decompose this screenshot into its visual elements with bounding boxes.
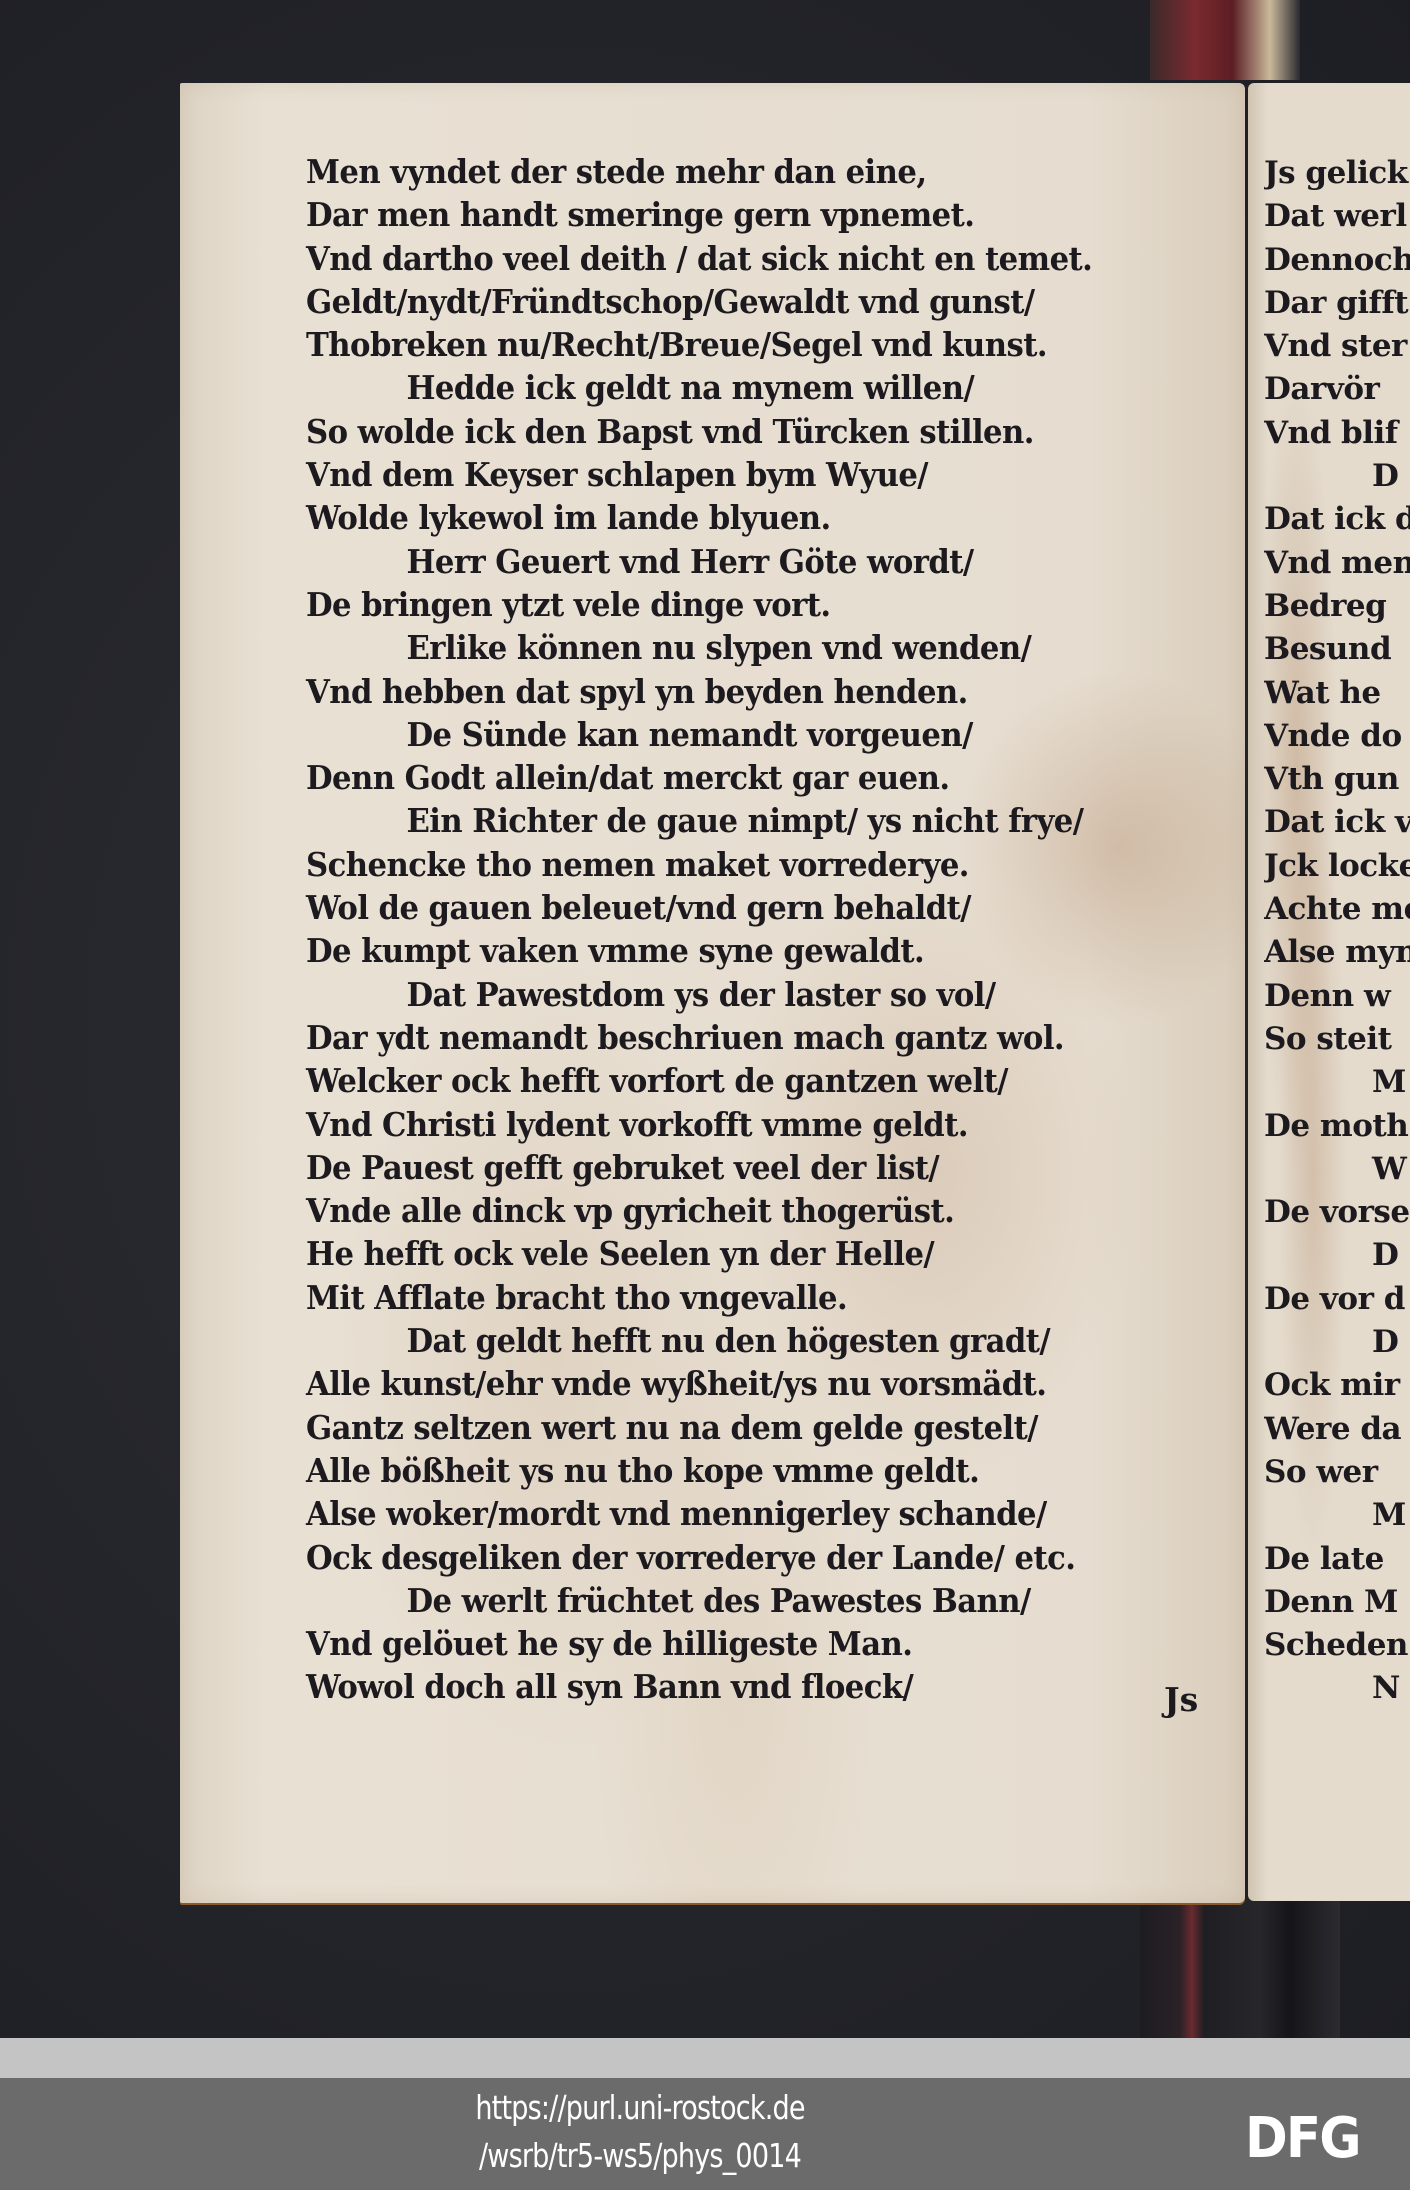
verse-line: So wer [1264, 1451, 1410, 1494]
verse-line: W [1264, 1148, 1410, 1191]
verse-line: De late [1264, 1538, 1410, 1581]
verse-line: Dar ydt nemandt beschriuen mach gantz wo… [306, 1016, 1143, 1059]
verse-line: Wolde lykewol im lande blyuen. [306, 496, 1143, 539]
verse-line: M [1264, 1061, 1410, 1104]
verse-line: Vnd blif [1264, 412, 1410, 455]
verse-line: Dat ick v [1264, 801, 1410, 844]
verse-line: Vnde do [1264, 715, 1410, 758]
verse-line: He hefft ock vele Seelen yn der Helle/ [306, 1232, 1143, 1275]
verse-line: Dar men handt smeringe gern vpnemet. [306, 193, 1143, 236]
verse-line: Besund [1264, 628, 1410, 671]
verse-line: De bringen ytzt vele dinge vort. [306, 583, 1143, 626]
verse-line: Vth gun [1264, 758, 1410, 801]
verse-line: Scheden [1264, 1624, 1410, 1667]
verse-line: De Sünde kan nemandt vorgeuen/ [306, 713, 1143, 756]
verse-line: Gantz seltzen wert nu na dem gelde geste… [306, 1406, 1143, 1449]
verse-line: Dar gifft [1264, 282, 1410, 325]
permalink-line-1[interactable]: https://purl.uni-rostock.de [427, 2084, 853, 2132]
verse-line: Js gelick [1264, 152, 1410, 195]
verse-line: Alse myn [1264, 931, 1410, 974]
footer-bar: https://purl.uni-rostock.de /wsrb/tr5-ws… [0, 2078, 1410, 2190]
verse-line: D [1264, 1321, 1410, 1364]
verse-line: Herr Geuert vnd Herr Göte wordt/ [306, 540, 1143, 583]
verse-line: De vorse [1264, 1191, 1410, 1234]
verse-line: Thobreken nu/Recht/Breue/Segel vnd kunst… [306, 323, 1143, 366]
verse-line: Jck locke [1264, 845, 1410, 888]
verse-line: Vnd dartho veel deith / dat sick nicht e… [306, 237, 1143, 280]
verse-line: De vor d [1264, 1278, 1410, 1321]
verse-line: Alse woker/mordt vnd mennigerley schande… [306, 1492, 1143, 1535]
catchword: Js [1164, 1680, 1198, 1719]
verse-line: Alle bößheit ys nu tho kope vmme geldt. [306, 1449, 1143, 1492]
verse-line: Wowol doch all syn Bann vnd floeck/ [306, 1665, 1143, 1708]
verse-line: D [1264, 1234, 1410, 1277]
verse-line: Dat ick d [1264, 498, 1410, 541]
verse-line: Darvör [1264, 368, 1410, 411]
verse-line: Mit Afflate bracht tho vngevalle. [306, 1276, 1143, 1319]
verse-line: De moth [1264, 1105, 1410, 1148]
book-spine-top [1150, 0, 1300, 80]
verse-line: Denn Godt allein/dat merckt gar euen. [306, 756, 1143, 799]
verse-line: Vnd hebben dat spyl yn beyden henden. [306, 670, 1143, 713]
verse-line: Ock desgeliken der vorrederye der Lande/… [306, 1536, 1143, 1579]
verse-line: Denn M [1264, 1581, 1410, 1624]
verse-line: Wat he [1264, 672, 1410, 715]
verse-line: Ock mir [1264, 1364, 1410, 1407]
verse-line: Vnd gelöuet he sy de hilligeste Man. [306, 1622, 1143, 1665]
verse-line: De werlt früchtet des Pawestes Bann/ [306, 1579, 1143, 1622]
verse-line: Denn w [1264, 975, 1410, 1018]
verse-line: Erlike können nu slypen vnd wenden/ [306, 626, 1143, 669]
permalink[interactable]: https://purl.uni-rostock.de /wsrb/tr5-ws… [427, 2084, 853, 2180]
verse-line: So steit [1264, 1018, 1410, 1061]
dfg-logo-icon: DFG [1245, 2106, 1360, 2171]
viewer-separator-strip [0, 2038, 1410, 2078]
verse-line: Ein Richter de gaue nimpt/ ys nicht frye… [306, 799, 1143, 842]
verse-line: Hedde ick geldt na mynem willen/ [306, 366, 1143, 409]
verse-line: Dat Pawestdom ys der laster so vol/ [306, 973, 1143, 1016]
verse-line: Achte me [1264, 888, 1410, 931]
verse-line: Welcker ock hefft vorfort de gantzen wel… [306, 1059, 1143, 1102]
book-spine-bottom [1140, 1900, 1340, 2038]
verse-line: Schencke tho nemen maket vorrederye. [306, 843, 1143, 886]
left-page-text: Men vyndet der stede mehr dan eine,Dar m… [306, 150, 1206, 1709]
verse-line: Wol de gauen beleuet/vnd gern behaldt/ [306, 886, 1143, 929]
verse-line: Dat werl [1264, 195, 1410, 238]
verse-line: Dennoch [1264, 239, 1410, 282]
right-page-text: Js gelickDat werlDennochDar gifftVnd ste… [1264, 152, 1410, 1711]
verse-line: Vnd ster [1264, 325, 1410, 368]
verse-line: Men vyndet der stede mehr dan eine, [306, 150, 1143, 193]
verse-line: De kumpt vaken vmme syne gewaldt. [306, 929, 1143, 972]
verse-line: Vnd Christi lydent vorkofft vmme geldt. [306, 1103, 1143, 1146]
verse-line: Vnd men [1264, 542, 1410, 585]
verse-line: So wolde ick den Bapst vnd Türcken still… [306, 410, 1143, 453]
permalink-line-2[interactable]: /wsrb/tr5-ws5/phys_0014 [427, 2132, 853, 2180]
verse-line: N [1264, 1667, 1410, 1710]
verse-line: De Pauest gefft gebruket veel der list/ [306, 1146, 1143, 1189]
verse-line: M [1264, 1494, 1410, 1537]
verse-line: Were da [1264, 1408, 1410, 1451]
verse-line: Alle kunst/ehr vnde wyßheit/ys nu vorsmä… [306, 1362, 1143, 1405]
verse-line: Geldt/nydt/Fründtschop/Gewaldt vnd gunst… [306, 280, 1143, 323]
verse-line: D [1264, 455, 1410, 498]
verse-line: Bedreg [1264, 585, 1410, 628]
verse-line: Vnde alle dinck vp gyricheit thogerüst. [306, 1189, 1143, 1232]
verse-line: Vnd dem Keyser schlapen bym Wyue/ [306, 453, 1143, 496]
verse-line: Dat geldt hefft nu den högesten gradt/ [306, 1319, 1143, 1362]
